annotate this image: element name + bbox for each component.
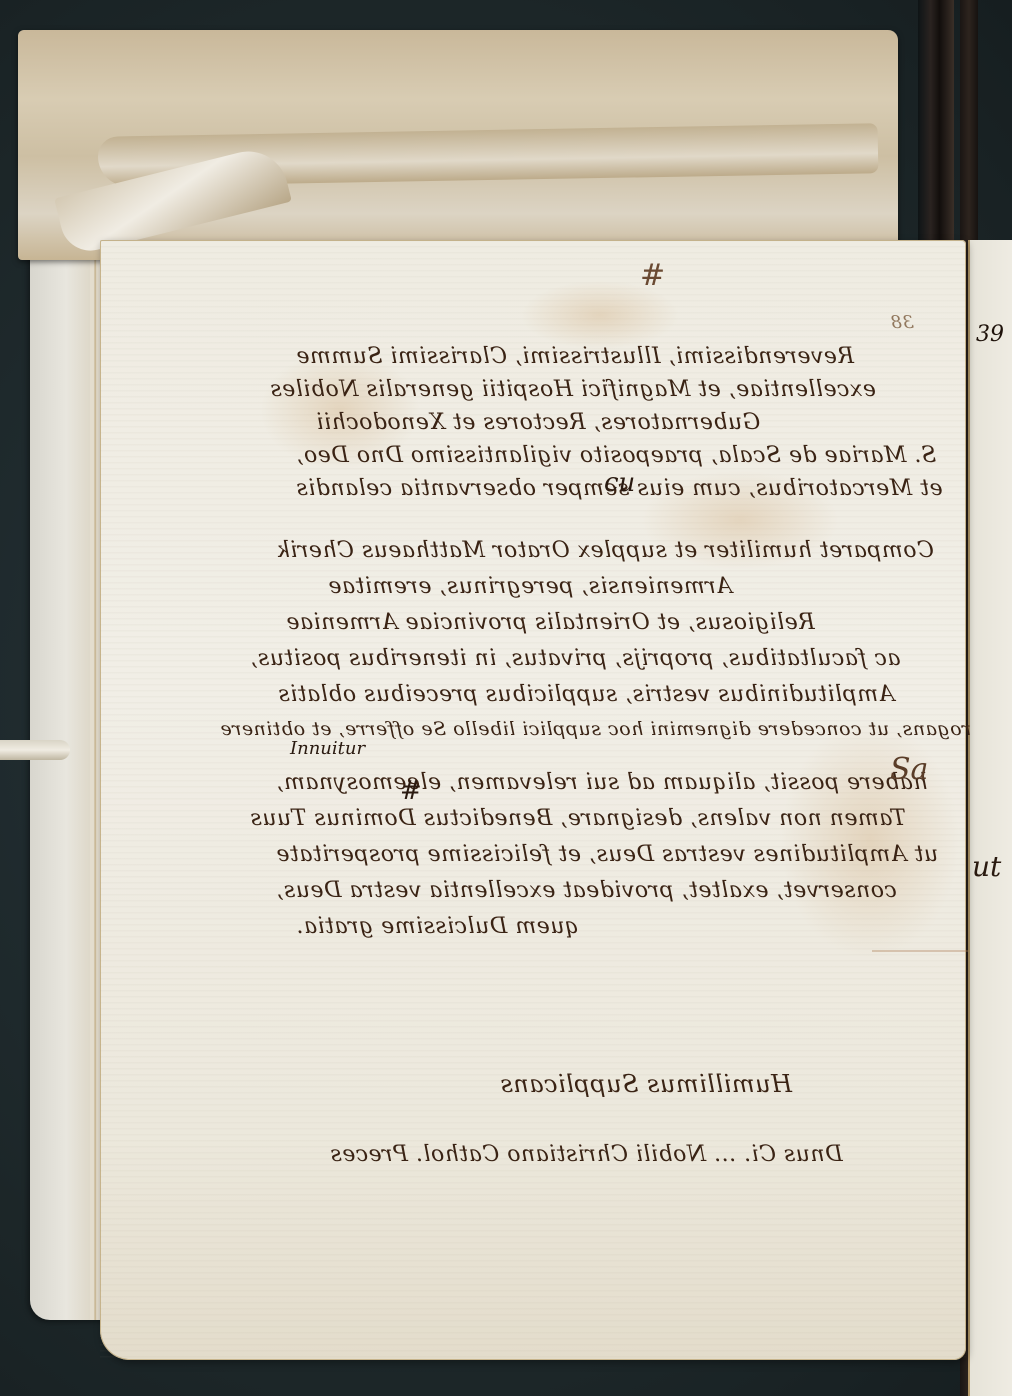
body-line: conservet, exaltet, provideat excellenti…	[276, 878, 897, 903]
folio-number-facing: 39	[976, 322, 1004, 347]
body-line: ac facultatibus, proprijs, privatus, in …	[250, 646, 900, 671]
top-hash-mark: #	[640, 258, 665, 293]
salutation-line: Gubernatores, Rectores et Xenodochii	[316, 410, 760, 435]
closing-signature: Humillimus Supplicans	[500, 1070, 792, 1098]
body-line: habere possit, aliquam ad sui relevamen,…	[276, 770, 928, 795]
body-line: Comparet humiliter et supplex Orator Mat…	[276, 538, 934, 563]
body-line: ut Amplitudines vestras Deus, et felicis…	[276, 842, 938, 867]
body-line: quem Dulcissime gratia.	[296, 914, 579, 939]
salutation-line: excellentiae, et Magnifici Hospitii gene…	[270, 377, 876, 402]
manuscript-page: # 38 Reverendissimi, Illustrissimi, Clar…	[100, 240, 966, 1360]
body-line: Tamen non valens, designare, Benedictus …	[250, 806, 906, 831]
salutation-line: S. Mariae de Scala, praeposito vigilanti…	[296, 443, 936, 468]
body-line: Armeniensis, peregrinus, eremitae	[328, 574, 732, 599]
folio-number-main: 38	[890, 312, 914, 333]
body-line: Amplitudinibus vestris, supplicibus prec…	[278, 682, 894, 707]
facing-page: 39 ut	[968, 240, 1012, 1396]
interlinear-mark: #	[400, 776, 422, 806]
stain-line	[872, 950, 968, 952]
closing-attestation: Dnus Ci. ... Nobili Christiano Cathol. P…	[330, 1142, 843, 1167]
binding-tie	[0, 740, 70, 760]
margin-note-main: Sa	[890, 752, 928, 787]
body-line: Religiosus, et Orientalis provinciae Arm…	[286, 610, 815, 635]
interlinear-mark: cu	[604, 468, 635, 498]
body-line: rogans, ut concedere dignemini hoc suppl…	[220, 718, 971, 740]
top-torn-pages	[18, 30, 898, 260]
binding-rail	[918, 0, 954, 260]
water-stain	[780, 720, 960, 960]
salutation-line: Reverendissimi, Illustrissimi, Clarissim…	[296, 344, 854, 369]
margin-note-facing: ut	[972, 850, 1001, 883]
interlinear-mark: Innuitur	[290, 738, 365, 759]
